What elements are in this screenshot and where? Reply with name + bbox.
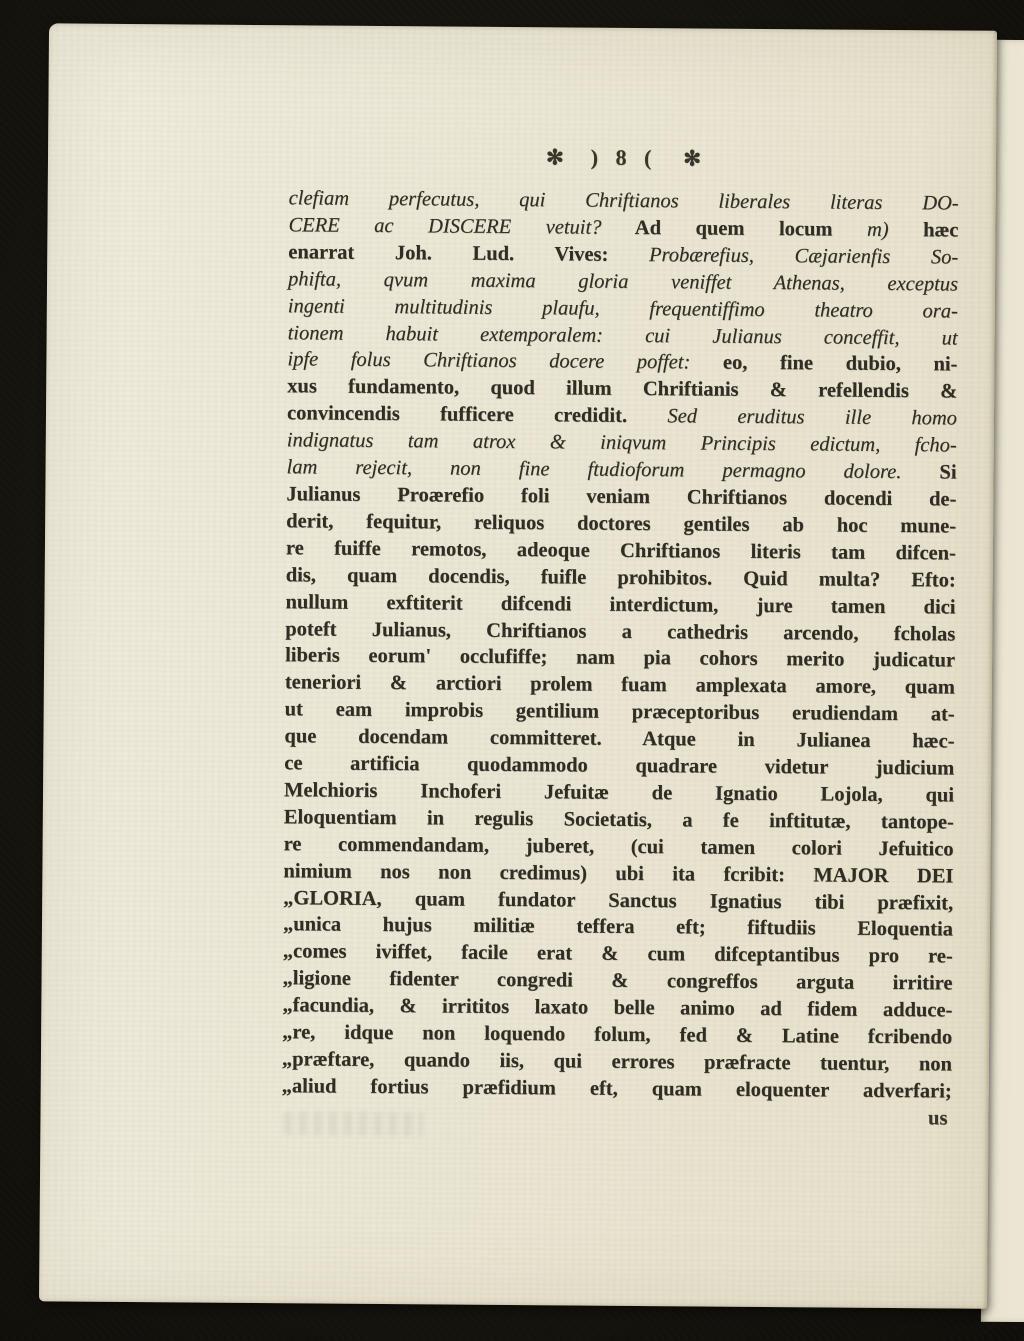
italic-segment: lam rejecit, non fine ftudioforum permag…: [287, 456, 940, 483]
roman-segment: nimium nos non credimus) ubi ita fcribit…: [283, 860, 953, 887]
page-header: ✻) 8 (✻: [289, 141, 959, 174]
roman-segment: derit, fequitur, reliquos doctores genti…: [286, 510, 956, 537]
italic-segment: m): [867, 219, 889, 241]
body-text: clefiam perfecutus, qui Chriftianos libe…: [282, 185, 959, 1105]
roman-segment: eo, fine dubio, ni-: [723, 352, 958, 376]
book-page: ✻) 8 (✻ clefiam perfecutus, qui Chriftia…: [39, 23, 997, 1308]
roman-segment: que docendam committeret. Atque in Julia…: [284, 725, 954, 752]
roman-segment: Julianus Proærefio foli veniam Chriftian…: [286, 483, 956, 510]
book-leaves: ✻) 8 (✻ clefiam perfecutus, qui Chriftia…: [0, 0, 1024, 1341]
roman-segment: Si: [939, 461, 956, 483]
roman-segment: ut eam improbis gentilium præceptoribus …: [285, 698, 955, 725]
roman-segment: „aliud fortius præfidium eft, quam eloqu…: [282, 1075, 952, 1102]
roman-segment: „facundia, & irrititos laxato belle anim…: [282, 994, 952, 1021]
roman-segment: xus fundamento, quod illum Chriftianis &…: [287, 376, 957, 403]
left-star-ornament-icon: ✻: [520, 145, 591, 170]
text-block: ✻) 8 (✻ clefiam perfecutus, qui Chriftia…: [281, 141, 959, 1132]
italic-segment: ipfe folus Chriftianos docere poffet:: [287, 349, 723, 374]
roman-segment: „ligione fidenter congredi & congreffos …: [282, 967, 952, 994]
text-line-34: „aliud fortius præfidium eft, quam eloqu…: [282, 1073, 952, 1105]
roman-segment: Eloquentiam in regulis Societatis, a fe …: [284, 806, 954, 833]
roman-segment: dis, quam docendis, fuifle prohibitos. Q…: [286, 564, 956, 591]
book-photograph: ✻) 8 (✻ clefiam perfecutus, qui Chriftia…: [0, 0, 1024, 1341]
roman-segment: poteft Julianus, Chriftianos a cathedris…: [285, 618, 955, 645]
roman-segment: „unica hujus militiæ teffera eft; fiftud…: [283, 914, 953, 941]
roman-segment: hæc: [889, 219, 959, 242]
roman-segment: convincendis fufficere credidit.: [287, 402, 668, 427]
right-star-ornament-icon: ✻: [657, 146, 728, 171]
roman-segment: Melchioris Inchoferi Jefuitæ de Ignatio …: [284, 779, 954, 806]
roman-segment: „GLORIA, quam fundator Sanctus Ignatius …: [283, 887, 953, 914]
roman-segment: „re, idque non loquendo folum, fed & Lat…: [282, 1021, 952, 1048]
italic-segment: Sed eruditus ille homo: [667, 405, 957, 429]
roman-segment: teneriori & arctiori prolem fuam amplexa…: [285, 672, 955, 699]
roman-segment: „præftare, quando iis, qui errores præfr…: [282, 1048, 952, 1075]
italic-segment: tionem habuit extemporalem: cui Julianus…: [288, 322, 958, 349]
roman-segment: re fuiffe remotos, adeoque Chriftianos l…: [286, 537, 956, 564]
italic-segment: clefiam perfecutus, qui Chriftianos libe…: [289, 187, 959, 214]
roman-segment: ce artificia quodammodo quadrare videtur…: [284, 752, 954, 779]
roman-segment: „comes iviffet, facile erat & cum difcep…: [283, 941, 953, 968]
italic-segment: indignatus tam atrox & iniqvum Principis…: [287, 429, 957, 456]
page-number: ) 8 (: [591, 145, 658, 171]
roman-segment: re commendandam, juberet, (cui tamen col…: [284, 833, 954, 860]
roman-segment: Ad quem locum: [601, 217, 867, 241]
roman-segment: enarrat Joh. Lud. Vives:: [288, 241, 649, 266]
italic-segment: phifta, qvum maxima gloria veniffet Athe…: [288, 268, 958, 295]
italic-segment: ingenti multitudinis plaufu, frequentiff…: [288, 295, 958, 322]
faint-stamp: [283, 1111, 423, 1136]
italic-segment: Probærefius, Cæjarienfis So-: [649, 244, 958, 268]
roman-segment: nullum exftiterit difcendi interdictum, …: [285, 591, 955, 618]
italic-segment: CERE ac DISCERE vetuit?: [288, 214, 601, 238]
roman-segment: liberis eorum' occlufiffe; nam pia cohor…: [285, 645, 955, 672]
